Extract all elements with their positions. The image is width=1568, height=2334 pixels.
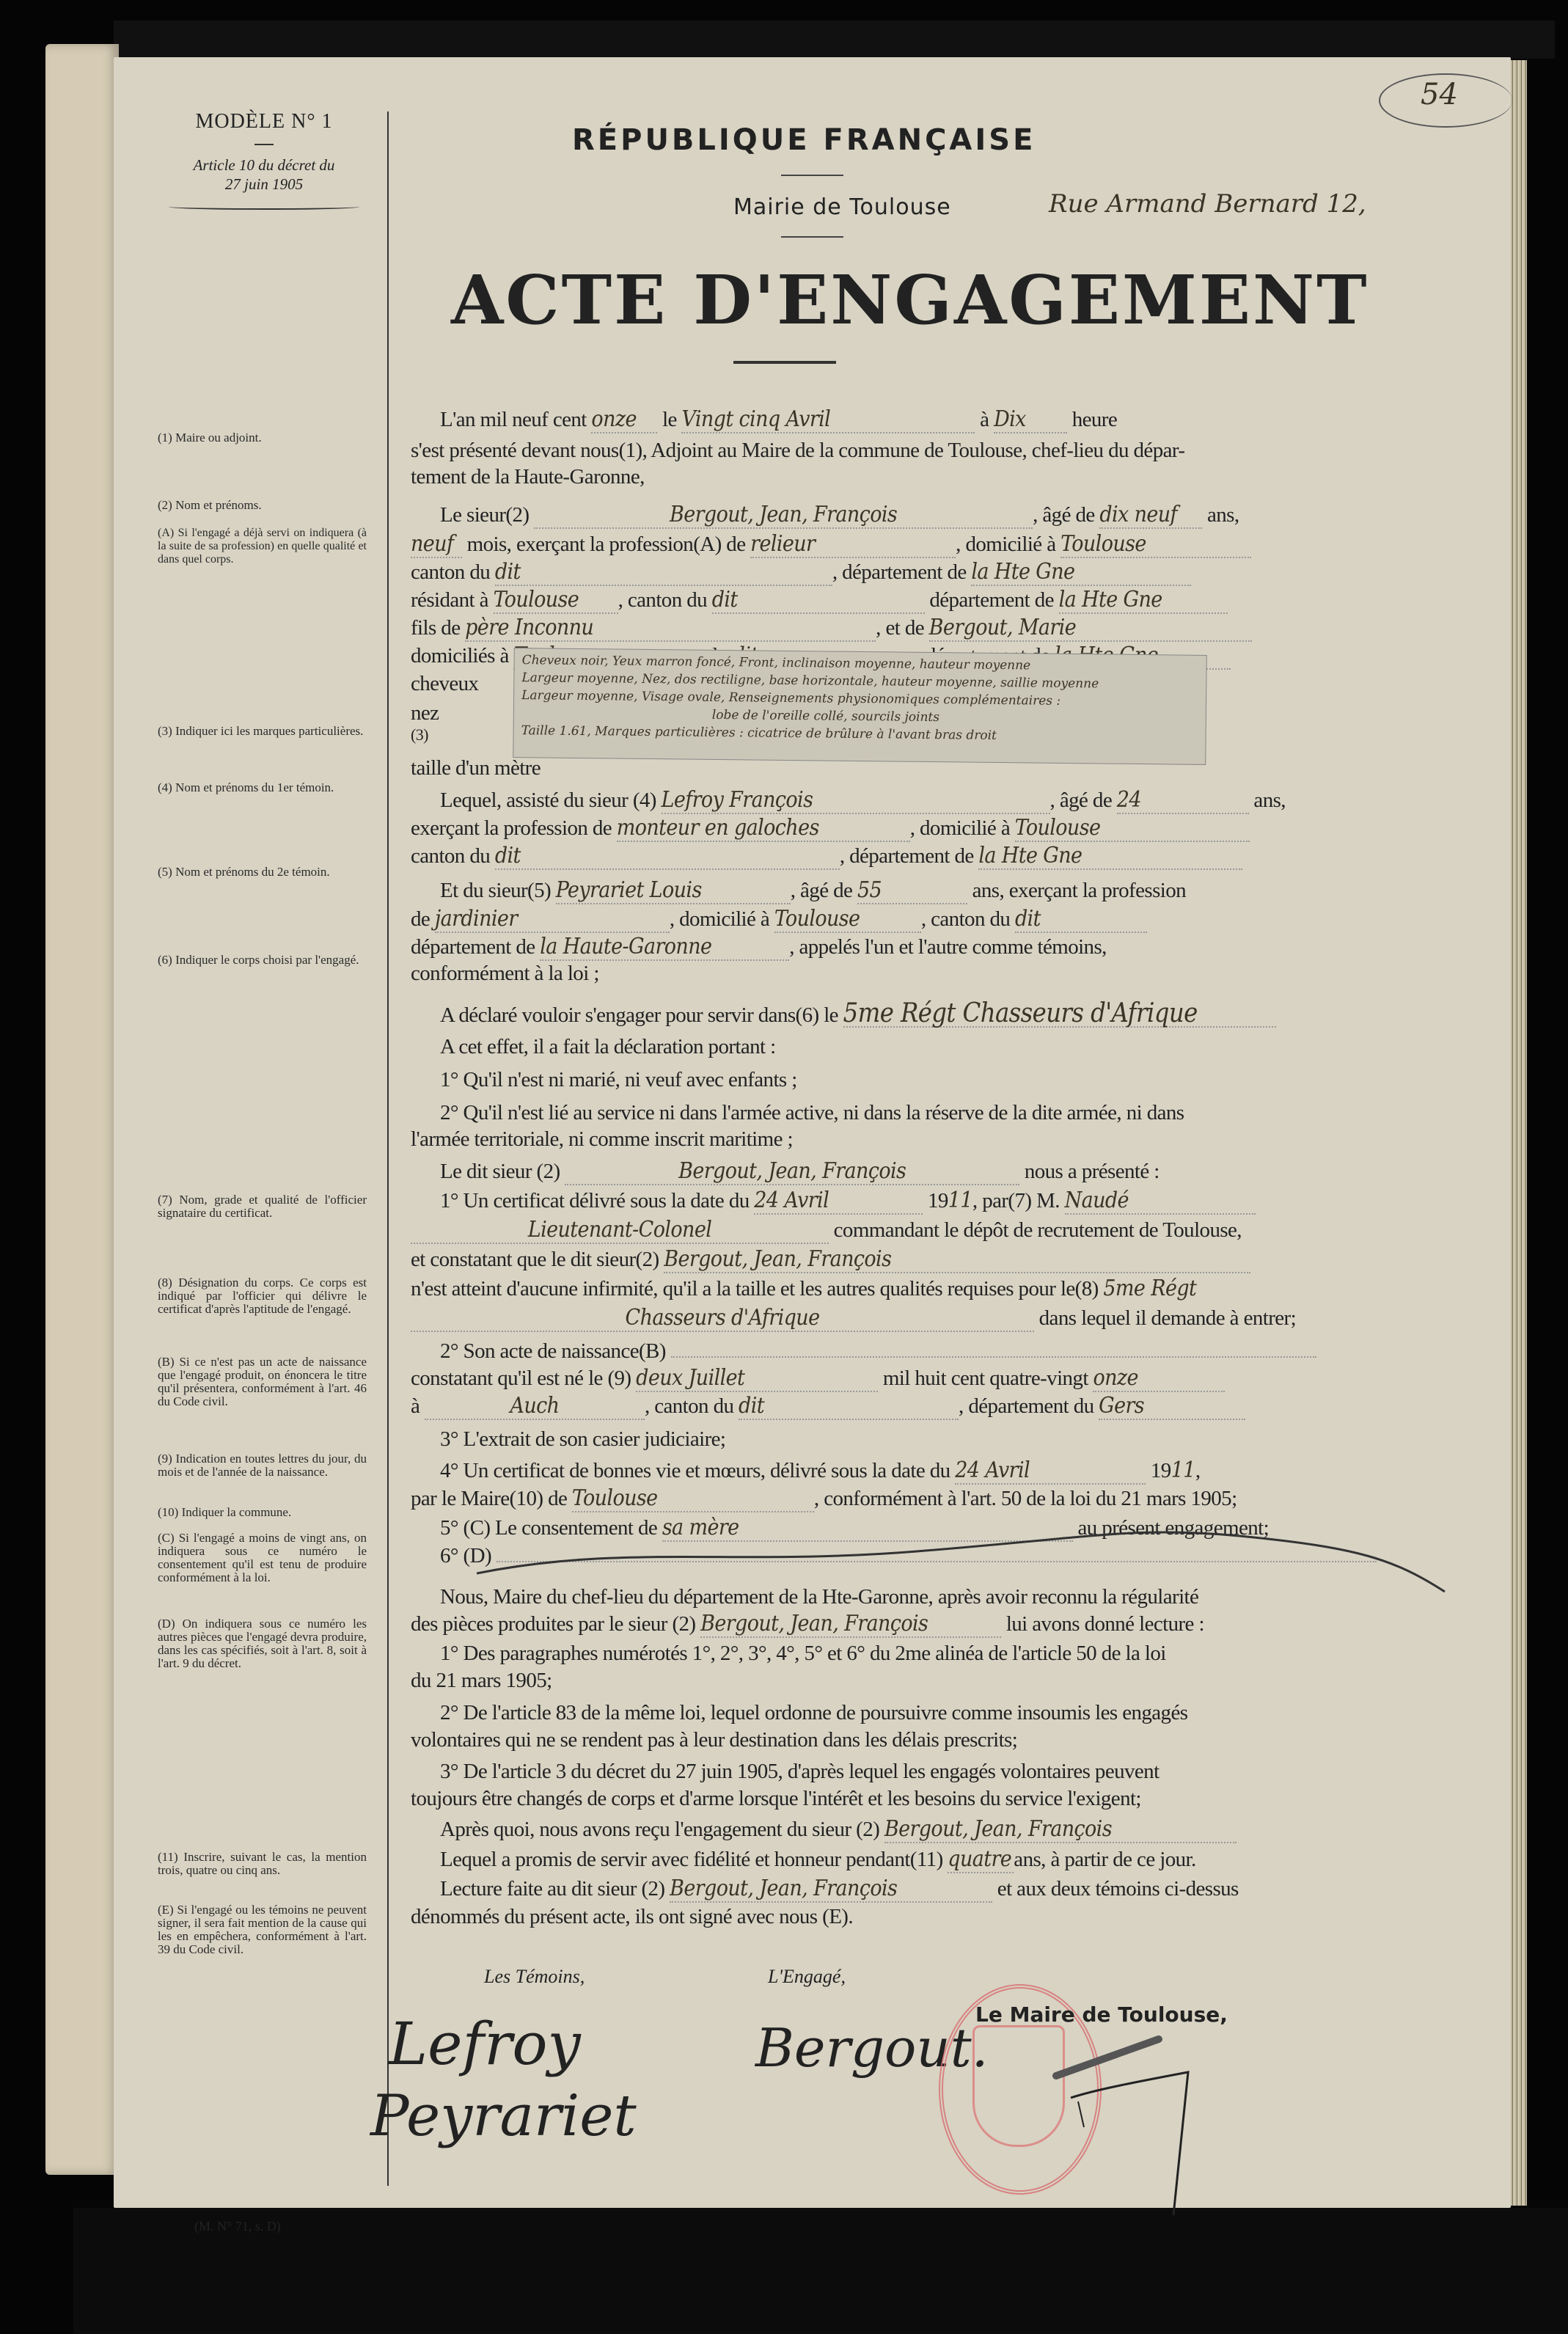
margin-note-7: (7) Nom, grade et qualité de l'officier … [158, 1193, 367, 1220]
field-months: neuf [411, 532, 462, 558]
line-declaration: A déclaré vouloir s'engager pour servir … [411, 1001, 1467, 1028]
field-witness2-name: Peyrariet Louis [556, 878, 791, 904]
text-line: l'armée territoriale, ni comme inscrit m… [411, 1127, 1437, 1152]
line-corps: Chasseurs d'Afrique dans lequel il deman… [411, 1306, 1437, 1332]
field-departement: la Hte Gne [1059, 588, 1228, 614]
field-canton: dit [712, 588, 925, 614]
line-witness2-profession: de jardinier, domicilié à Toulouse, cant… [411, 907, 1437, 933]
field-departement: Gers [1099, 1394, 1245, 1420]
line-birth-act: 2° Son acte de naissance(B) [411, 1339, 1467, 1364]
line-date: L'an mil neuf cent onze le Vingt cinq Av… [411, 407, 1467, 433]
divider [254, 144, 274, 145]
previous-page-edge [45, 44, 119, 2175]
flourish-divider [169, 204, 359, 210]
margin-note-4: (4) Nom et prénoms du 1er témoin. [158, 781, 367, 794]
field-engage-name: Bergout, Jean, François [534, 502, 1033, 529]
line-birth-date: constatant qu'il est né le (9) deux Juil… [411, 1366, 1437, 1392]
field-departement: la Haute-Garonne [540, 934, 789, 961]
model-title: MODÈLE N° 1 [158, 110, 370, 133]
field-officer-rank: Lieutenant-Colonel [411, 1218, 829, 1244]
line-canton: canton du dit, département de la Hte Gne [411, 560, 1437, 586]
republic-heading: RÉPUBLIQUE FRANÇAISE [572, 123, 1036, 157]
margin-note-2: (2) Nom et prénoms. [158, 499, 367, 512]
field-departement: la Hte Gne [971, 560, 1191, 586]
field-witness1-name: Lefroy François [662, 788, 1050, 814]
margin-note-E: (E) Si l'engagé ou les témoins ne peuven… [158, 1903, 367, 1956]
field-residence: Toulouse [494, 588, 618, 614]
margin-note-1: (1) Maire ou adjoint. [158, 431, 367, 445]
margin-note-8: (8) Désignation du corps. Ce corps est i… [158, 1276, 367, 1316]
field-corps: 5me Régt [1103, 1276, 1196, 1301]
margin-note-3: (3) Indiquer ici les marques particulièr… [158, 725, 367, 738]
declaration-item-1: 1° Qu'il n'est ni marié, ni veuf avec en… [411, 1067, 1467, 1092]
line-presented: Le dit sieur (2) Bergout, Jean, François… [411, 1159, 1467, 1185]
page-stack-edge [1511, 60, 1527, 2206]
margin-note-C: (C) Si l'engagé a moins de vingt ans, on… [158, 1532, 367, 1584]
document-title: ACTE D'ENGAGEMENT [451, 260, 1369, 340]
field-witness2-profession: jardinier [435, 907, 670, 933]
field-witness1-domicile: Toulouse [1015, 816, 1250, 842]
engage-label: L'Engagé, [768, 1966, 846, 1988]
divider [781, 236, 843, 238]
maire-label: Le Maire de Toulouse, [975, 2002, 1228, 2027]
field-witness2-domicile: Toulouse [774, 907, 921, 933]
line-birth-place: à Auch, canton du dit, département du Ge… [411, 1394, 1437, 1420]
field-canton: dit [495, 844, 840, 870]
field-certificate-date: 24 Avril [754, 1188, 923, 1215]
field-engage-name: Bergout, Jean, François [670, 1876, 992, 1903]
field-departement: la Hte Gne [978, 844, 1242, 870]
book-binding-bottom [73, 2208, 1568, 2334]
line-witness2-departement: département de la Haute-Garonne, appelés… [411, 934, 1437, 961]
field-date: Vingt cinq Avril [681, 407, 975, 433]
field-corps: 5me Régt Chasseurs d'Afrique [843, 1001, 1276, 1028]
field-birth-city: Auch [425, 1394, 645, 1420]
line-officer-rank: Lieutenant-Colonel commandant le dépôt d… [411, 1218, 1437, 1244]
line-read-to: des pièces produites par le sieur (2) Be… [411, 1612, 1437, 1638]
field-corps: Chasseurs d'Afrique [411, 1306, 1034, 1332]
field-mother: Bergout, Marie [929, 615, 1252, 642]
field-good-conduct-date: 24 Avril [955, 1458, 1146, 1485]
text-line: toujours être changés de corps et d'arme… [411, 1786, 1437, 1811]
text-line: conformément à la loi ; [411, 961, 1437, 986]
line-service-duration: Lequel a promis de servir avec fidélité … [411, 1847, 1467, 1873]
page-number: 54 [1421, 78, 1458, 111]
margin-notes-column: MODÈLE N° 1 Article 10 du décret du 27 j… [158, 88, 370, 2186]
form-code: (M. N° 71, s. D) [194, 2219, 281, 2234]
field-witness2-age: 55 [857, 878, 967, 904]
maire-signature [1049, 2032, 1210, 2223]
field-commune: Toulouse [572, 1486, 814, 1512]
margin-note-D: (D) On indiquera sous ce numéro les autr… [158, 1617, 367, 1670]
divider [781, 175, 843, 176]
field-engage-name: Bergout, Jean, François [664, 1247, 1250, 1273]
field-year: onze [591, 407, 657, 433]
field-domicile: Toulouse [1060, 532, 1251, 558]
margin-note-11: (11) Inscrire, suivant le cas, la mentio… [158, 1851, 367, 1877]
field-birth-date: deux Juillet [636, 1366, 878, 1392]
page-number-circled: 54 [1379, 73, 1512, 128]
witness2-signature: Peyrariet [370, 2083, 637, 2149]
line-engagement-received: Après quoi, nous avons reçu l'engagement… [411, 1817, 1467, 1843]
line-certified-name: et constatant que le dit sieur(2) Bergou… [411, 1247, 1437, 1273]
margin-note-9: (9) Indication en toutes lettres du jour… [158, 1452, 367, 1479]
reading-item-3: 3° De l'article 3 du décret du 27 juin 1… [411, 1759, 1467, 1784]
text-line: dénommés du présent acte, ils ont signé … [411, 1904, 1437, 1929]
margin-note-6: (6) Indiquer le corps choisi par l'engag… [158, 954, 367, 967]
field-engage-name: Bergout, Jean, François [700, 1612, 1001, 1638]
line-parents: fils de père Inconnu, et de Bergout, Mar… [411, 615, 1437, 642]
field-canton: dit [739, 1394, 959, 1420]
field-canton: dit [1015, 907, 1147, 933]
margin-note-5: (5) Nom et prénoms du 2e témoin. [158, 866, 367, 879]
line-profession: neuf mois, exerçant la profession(A) de … [411, 532, 1437, 558]
line-reading-done: Lecture faite au dit sieur (2) Bergout, … [411, 1876, 1467, 1903]
witness1-signature: Lefroy [389, 2010, 581, 2078]
text-line: A cet effet, il a fait la déclaration po… [411, 1034, 1467, 1059]
book-binding-top [114, 21, 1555, 59]
line-good-conduct: 4° Un certificat de bonnes vie et mœurs,… [411, 1458, 1467, 1485]
line-witness2: Et du sieur(5) Peyrariet Louis, âgé de 5… [411, 878, 1467, 904]
line-sieur: Le sieur(2) Bergout, Jean, François, âgé… [411, 502, 1467, 529]
blank-field [671, 1356, 1316, 1358]
margin-note-B: (B) Si ce n'est pas un acte de naissance… [158, 1356, 367, 1408]
mairie-address: Rue Armand Bernard 12, [1049, 189, 1366, 219]
line-good-conduct-mayor: par le Maire(10) de Toulouse, conforméme… [411, 1486, 1437, 1512]
physical-description-slip: Cheveux noir, Yeux marron foncé, Front, … [513, 648, 1207, 765]
reading-item-2: 2° De l'article 83 de la même loi, leque… [411, 1700, 1467, 1725]
field-certificate-year: 11 [948, 1188, 972, 1213]
text-line: Nous, Maire du chef-lieu du département … [411, 1584, 1467, 1609]
line-infirmity: n'est atteint d'aucune infirmité, qu'il … [411, 1276, 1437, 1301]
field-hour: Dix [994, 407, 1067, 433]
line-residence: résidant à Toulouse, canton du dit dépar… [411, 588, 1437, 614]
line-witness1-profession: exerçant la profession de monteur en gal… [411, 816, 1437, 842]
text-line: volontaires qui ne se rendent pas à leur… [411, 1727, 1437, 1752]
field-good-conduct-year: 11 [1171, 1457, 1195, 1483]
witnesses-label: Les Témoins, [484, 1966, 585, 1988]
margin-note-A: (A) Si l'engagé a déjà servi on indiquer… [158, 527, 367, 566]
text-line: tement de la Haute-Garonne, [411, 464, 1437, 489]
margin-rule [387, 111, 389, 2186]
field-engage-name: Bergout, Jean, François [884, 1817, 1237, 1843]
line-witness1-canton: canton du dit, département de la Hte Gne [411, 844, 1437, 870]
reading-item-1: 1° Des paragraphes numérotés 1°, 2°, 3°,… [411, 1641, 1467, 1666]
line-certificate: 1° Un certificat délivré sous la date du… [411, 1188, 1467, 1215]
field-witness1-profession: monteur en galoches [617, 816, 910, 842]
model-subtitle-2: 27 juin 1905 [158, 175, 370, 194]
field-witness1-age: 24 [1117, 788, 1249, 814]
mairie-label: Mairie de Toulouse [733, 194, 951, 220]
field-officer: Naudé [1065, 1188, 1256, 1215]
field-service-years: quatre [948, 1847, 1014, 1873]
field-birth-year: onze [1093, 1366, 1225, 1392]
declaration-item-2: 2° Qu'il n'est lié au service ni dans l'… [411, 1100, 1467, 1125]
margin-note-10: (10) Indiquer la commune. [158, 1506, 367, 1519]
field-engage-name: Bergout, Jean, François [565, 1159, 1019, 1185]
field-age: dix neuf [1099, 502, 1202, 529]
line-witness1: Lequel, assisté du sieur (4) Lefroy Fran… [411, 788, 1467, 814]
field-profession: relieur [750, 532, 956, 558]
title-ornament [733, 361, 836, 364]
field-father: père Inconnu [465, 615, 876, 642]
model-subtitle-1: Article 10 du décret du [158, 156, 370, 175]
text-line: s'est présenté devant nous(1), Adjoint a… [411, 438, 1437, 463]
field-canton: dit [495, 560, 832, 586]
text-line: du 21 mars 1905; [411, 1668, 1437, 1693]
document-item-3: 3° L'extrait de son casier judiciaire; [411, 1427, 1467, 1452]
